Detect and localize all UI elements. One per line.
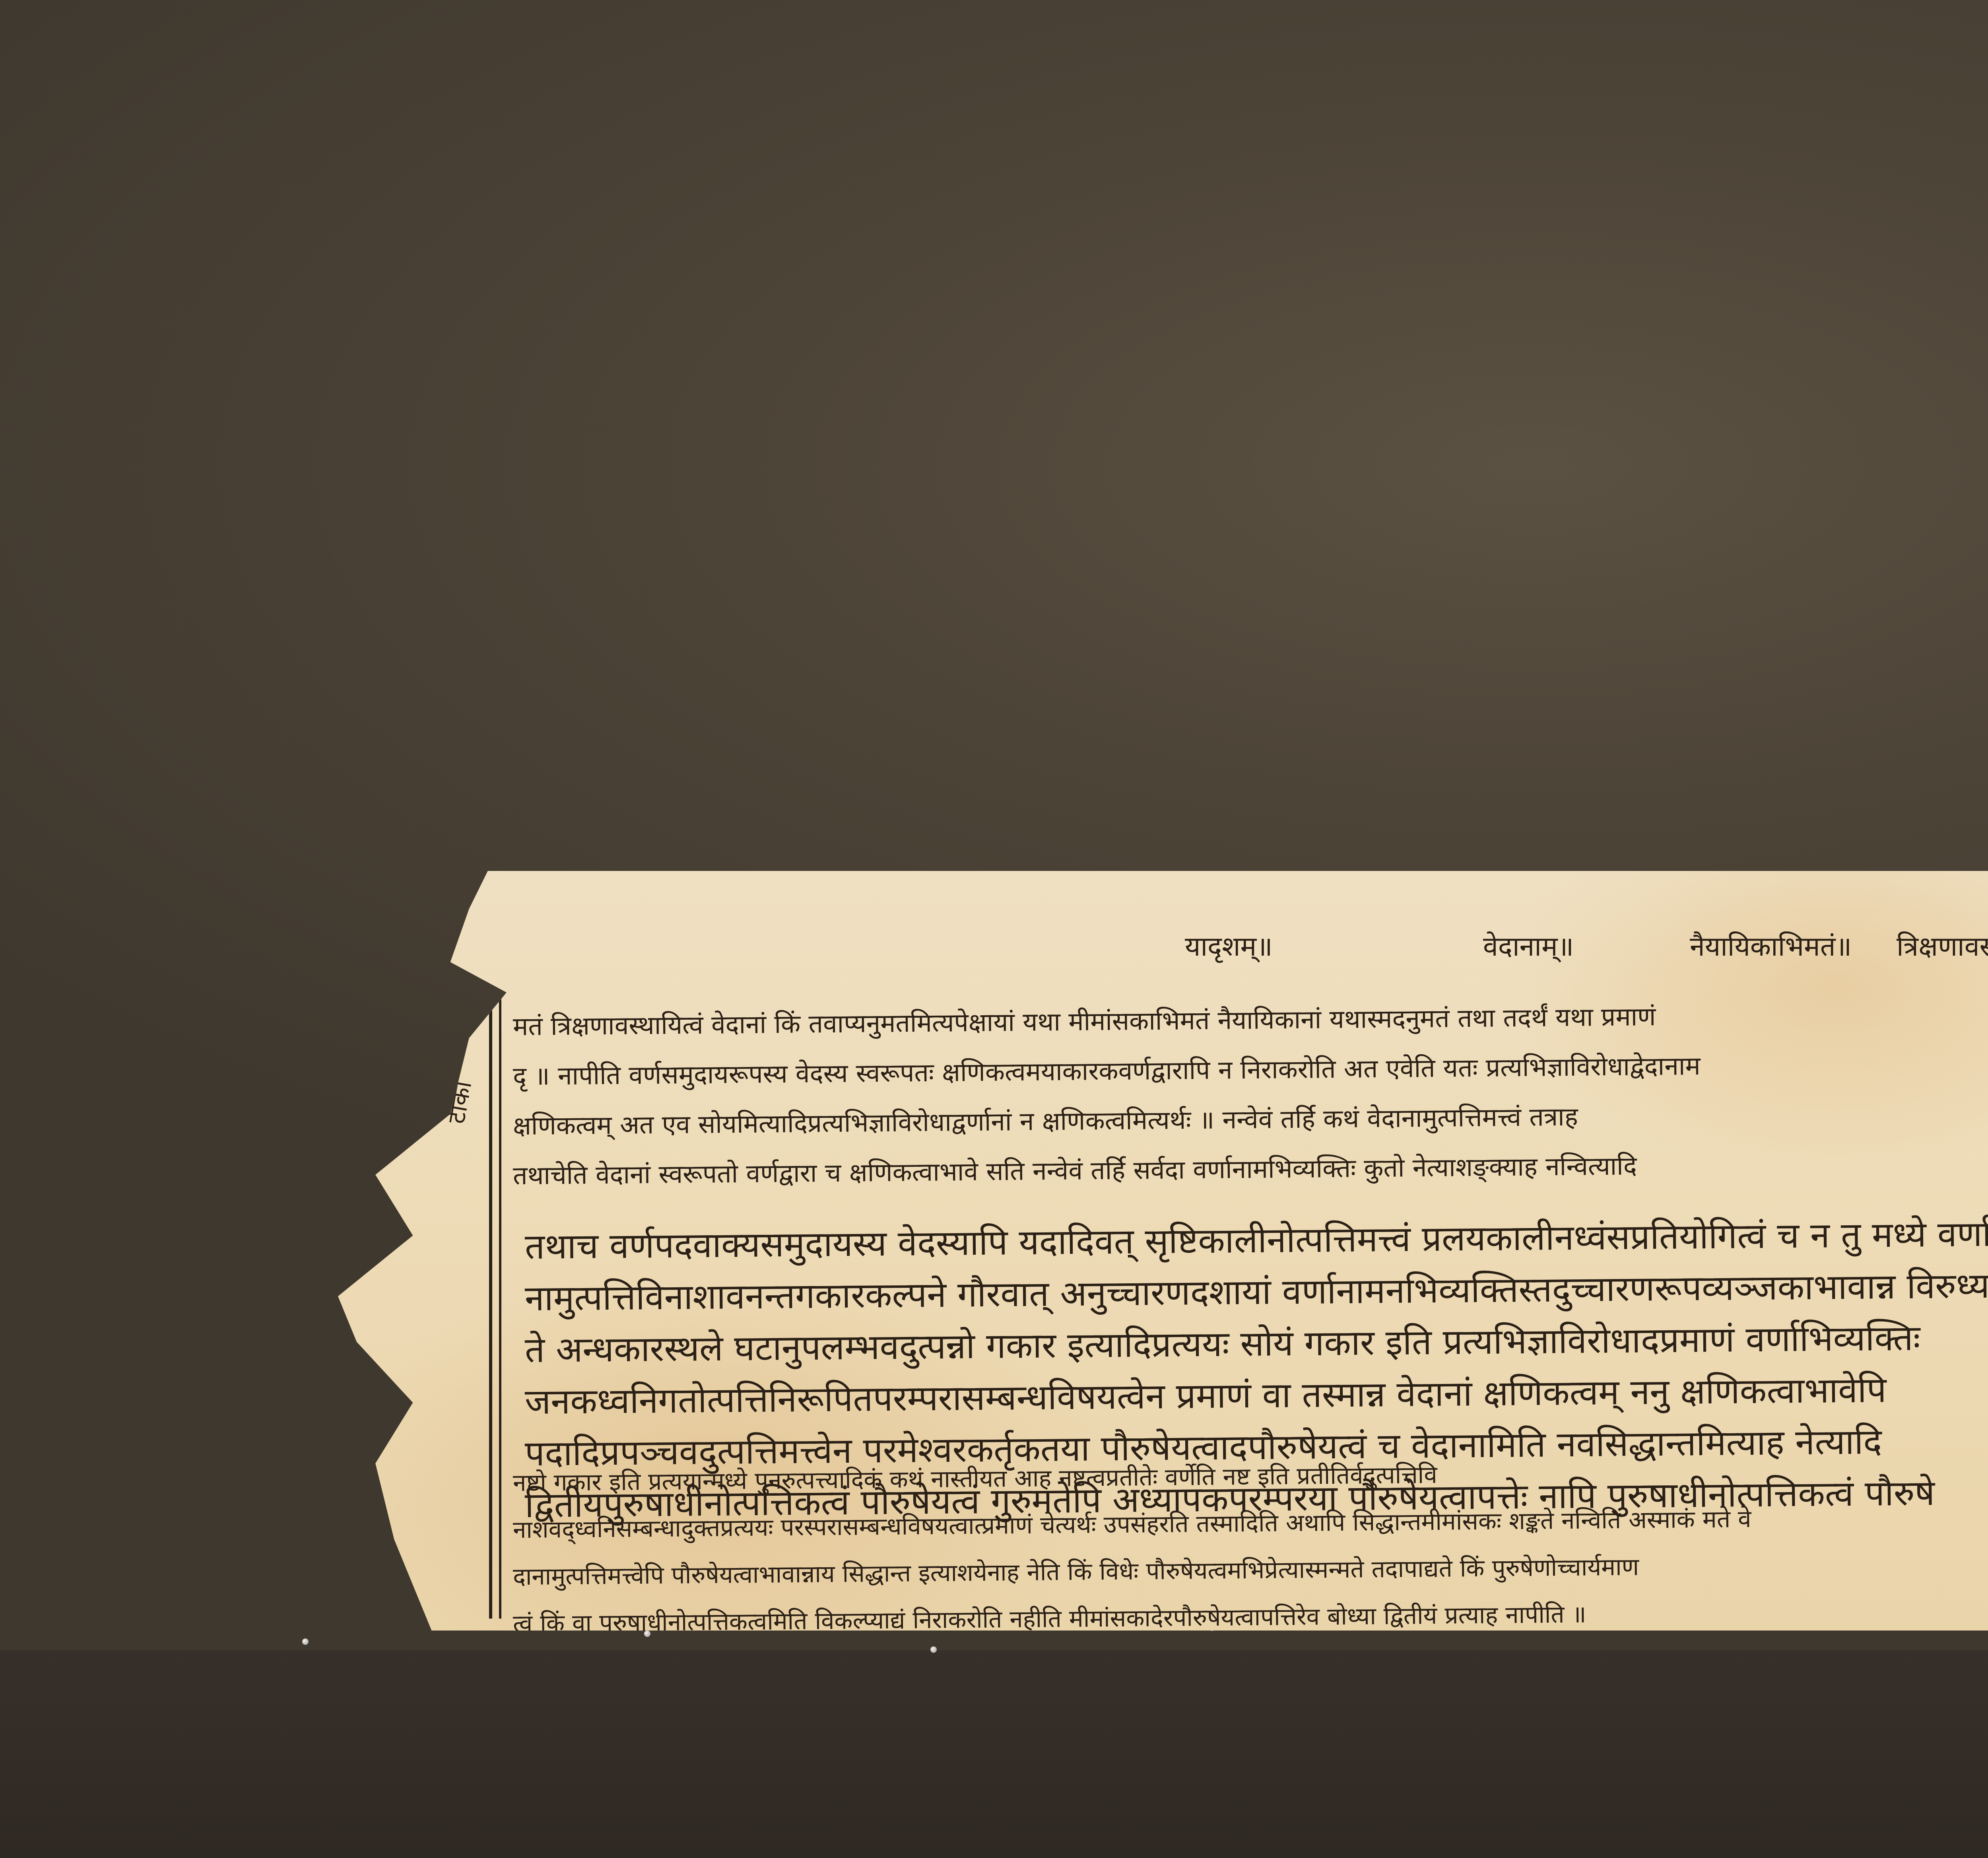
header-word: वेदानाम्॥ — [1483, 927, 1574, 964]
header-word: यादृशम्॥ — [1185, 927, 1273, 964]
pin — [302, 1638, 309, 1645]
pin — [930, 1646, 937, 1653]
header-word: नैयायिकाभिमतं॥ — [1690, 927, 1852, 964]
border-rule — [499, 990, 501, 1619]
manuscript-leaf: यादृशम्॥ वेदानाम्॥ नैयायिकाभिमतं॥ त्रिक्… — [338, 871, 1988, 1631]
header-word: त्रिक्षणावस्थायित्वमपि॥ — [1897, 927, 1988, 964]
top-commentary: मतं त्रिक्षणावस्थायित्वं वेदानां किं तवा… — [513, 1002, 1701, 1201]
bottom-commentary: नष्टो गकार इति प्रत्ययान्मध्ये पुनरुत्पत… — [513, 1460, 1751, 1647]
border-rule — [489, 990, 492, 1619]
mounting-board — [0, 1650, 1988, 1858]
text-line: तथाचेति वेदानां स्वरूपतो वर्णद्वारा च क्… — [513, 1141, 1701, 1201]
pin — [644, 1631, 650, 1637]
